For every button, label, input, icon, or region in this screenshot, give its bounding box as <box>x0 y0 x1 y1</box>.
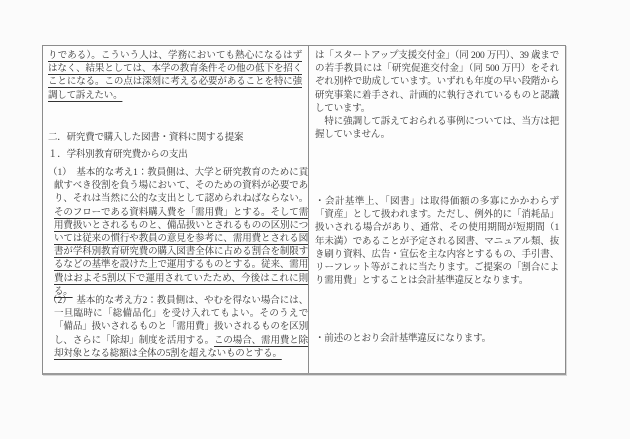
response-block-1: は「スタートアップ支援交付金」（同 200 万円）、39 歳までの若手教員には「… <box>315 50 559 142</box>
response-1-text: は「スタートアップ支援交付金」（同 200 万円）、39 歳までの若手教員には「… <box>315 50 559 116</box>
proposal-response-table: りである）。こういう人は、学務においても熱心になるはずはなく、結果としては、本学… <box>42 45 566 375</box>
sub-heading: １．学科別教育研究費からの支出 <box>48 149 302 162</box>
proposal-item-1: （1） 基本的な考え1：教員側は、大学と研究教育のために貢献すべき役割を負う場に… <box>48 167 308 299</box>
scanned-page: りである）。こういう人は、学務においても熱心になるはずはなく、結果としては、本学… <box>0 0 630 439</box>
proposal-item-2: （2） 基本的な考え方2：教員側は、やむを得ない場合には、一旦臨時に「総備品化」… <box>48 295 308 361</box>
response-1-followup: 特に強調して訴えておられる事例については、当方は把握していません。 <box>315 116 559 142</box>
response-block-2: ・会計基準上、「図書」は取得価額の多寡にかかわらず「資産」として扱われます。ただ… <box>315 196 559 288</box>
section-heading: 二．研究費で購入した図書・資料に関する提案 <box>48 132 302 145</box>
response-block-3: ・前述のとおり会計基準違反になります。 <box>315 333 559 346</box>
column-divider <box>308 46 309 373</box>
carryover-proposal-paragraph: りである）。こういう人は、学務においても熱心になるはずはなく、結果としては、本学… <box>48 50 302 103</box>
